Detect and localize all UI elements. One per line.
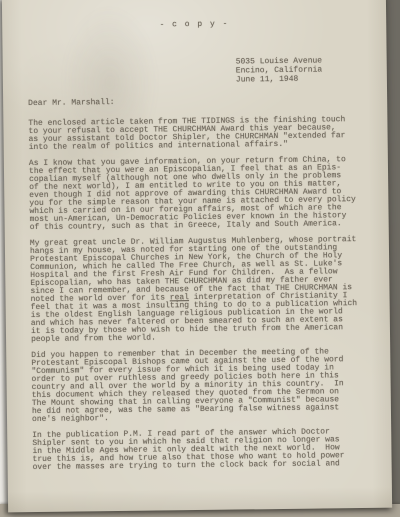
letter-content: - c o p y - 5035 Louise Avenue Encino, C… [2,0,392,512]
letter-paper: - c o p y - 5035 Louise Avenue Encino, C… [2,0,392,512]
letter-paragraph-4: Did you happen to remember that in Decem… [31,348,365,424]
letter-body: The enclosed article taken from THE TIDI… [28,116,365,472]
letter-date: June 11, 1948 [236,74,387,85]
letter-paragraph-1: The enclosed article taken from THE TIDI… [28,116,361,152]
salutation: Dear Mr. Marshall: [28,96,387,108]
copy-heading: - c o p y - [2,0,386,31]
letter-paragraph-3: My great great uncle Dr. William Augustu… [30,236,364,344]
letter-paragraph-2: As I know that you gave information, on … [29,156,363,232]
letter-paragraph-5: In the publication P.M. I read part of t… [32,428,365,472]
scanned-letter-page: - c o p y - 5035 Louise Avenue Encino, C… [0,0,400,517]
sender-address-block: 5035 Louise Avenue Encino, California Ju… [236,57,387,85]
